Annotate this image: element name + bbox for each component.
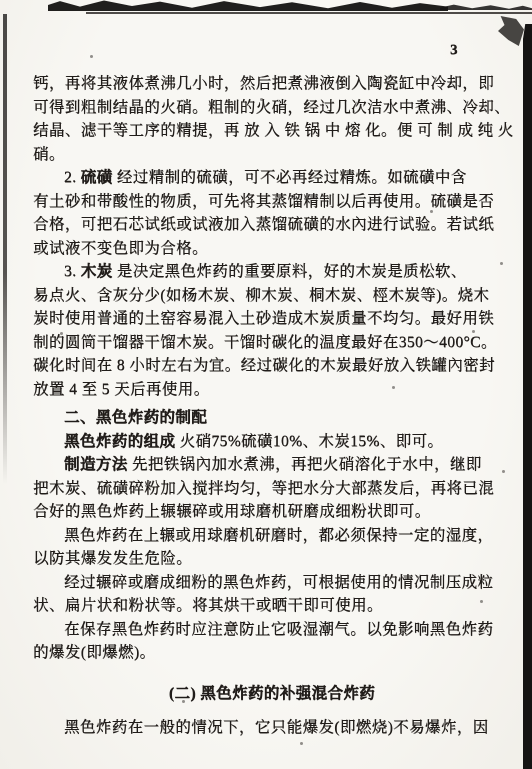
- text-line: 硝。: [33, 143, 511, 167]
- text-line: 黑色炸药在一般的情况下，它只能爆发(即燃烧)不易爆炸，因: [33, 716, 511, 740]
- text-segment: 黑色炸药在一般的情况下，它只能爆发(即燃烧)不易爆炸，因: [64, 719, 489, 736]
- text-segment: 二、黑色炸药的制配: [64, 409, 207, 426]
- text-line: 把木炭、硫磺碎粉加入搅拌均匀，等把水分大部蒸发后，再将已混: [33, 477, 511, 501]
- scan-speckle: [300, 742, 303, 745]
- text-segment: 合格，可把石芯试纸或试液加入蒸馏硫磺的水內进行试验。若试纸: [33, 216, 494, 233]
- text-line: 炭时使用普通的土窑容易混入土砂造成木炭质量不均匀。最好用铁: [33, 307, 511, 331]
- text-segment: 火硝75%硫磺10%、木炭15%、即可。: [175, 433, 443, 450]
- text-segment: 硝。: [33, 146, 65, 163]
- text-segment: 把木炭、硫磺碎粉加入搅拌均匀，等把水分大部蒸发后，再将已混: [33, 480, 494, 497]
- text-segment: 黑色炸药在上辗或用球磨机研磨时，都必须保持一定的湿度，: [64, 527, 493, 544]
- text-segment: 合好的黑色炸药上辗辗碎或用球磨机研磨成细粉状即可。: [33, 503, 431, 520]
- text-segment: 可得到粗制结晶的火硝。粗制的火硝，经过几次洁水中煮沸、冷却、: [33, 99, 510, 116]
- text-segment: 黑色炸药的组成: [64, 433, 175, 450]
- text-line: 合格，可把石芯试纸或试液加入蒸馏硫磺的水內进行试验。若试纸: [33, 213, 511, 237]
- text-line: 易点火、含灰分少(如杨木炭、柳木炭、桐木炭、桱木炭等)。烧木: [33, 284, 511, 308]
- text-segment: 硫磺: [81, 169, 113, 186]
- text-segment: 制造方法: [64, 456, 128, 473]
- text-segment: (二) 黑色炸药的补强混合炸药: [169, 685, 375, 702]
- text-line: 3. 木炭 是决定黑色炸药的重要原料，好的木炭是质松软、: [33, 260, 511, 284]
- text-segment: 炭时使用普通的土窑容易混入土砂造成木炭质量不均匀。最好用铁: [33, 310, 494, 327]
- heading-line: 二、黑色炸药的制配: [33, 406, 511, 430]
- text-segment: 有土砂和带酸性的物质，可先将其蒸馏精制以后再使用。硫磺是否: [33, 193, 494, 210]
- text-line: 可得到粗制结晶的火硝。粗制的火硝，经过几次洁水中煮沸、冷却、: [33, 96, 511, 120]
- text-segment: 或试液不变色即为合格。: [33, 240, 208, 257]
- center-heading-line: (二) 黑色炸药的补强混合炸药: [33, 682, 511, 706]
- text-line: 2. 硫磺 经过精制的硫磺，可不必再经过精炼。如硫磺中含: [33, 166, 511, 190]
- text-segment: 制的圆筒干馏器干馏木炭。干馏时碳化的温度最好在350～400°C。: [33, 334, 497, 351]
- text-segment: 钙，再将其液体煮沸几小时，然后把煮沸液倒入陶瓷缸中冷却，即: [33, 75, 494, 92]
- text-block: 钙，再将其液体煮沸几小时，然后把煮沸液倒入陶瓷缸中冷却，即可得到粗制结晶的火硝。…: [0, 0, 532, 740]
- text-segment: 先把铁锅內加水煮沸，再把火硝溶化于水中，继即: [128, 456, 482, 473]
- text-line: 碳化时间在 8 小时左右为宜。经过碳化的木炭最好放入铁罐內密封: [33, 354, 511, 378]
- scanned-page: 3 钙，再将其液体煮沸几小时，然后把煮沸液倒入陶瓷缸中冷却，即可得到粗制结晶的火…: [0, 0, 532, 769]
- text-line: 的爆发(即爆燃)。: [33, 641, 511, 665]
- text-segment: 木炭: [81, 263, 113, 280]
- text-segment: 碳化时间在 8 小时左右为宜。经过碳化的木炭最好放入铁罐內密封: [33, 357, 495, 374]
- text-line: 有土砂和带酸性的物质，可先将其蒸馏精制以后再使用。硫磺是否: [33, 190, 511, 214]
- text-line: 在保存黑色炸药时应注意防止它吸湿潮气。以免影响黑色炸药: [33, 618, 511, 642]
- text-line: 黑色炸药的组成 火硝75%硫磺10%、木炭15%、即可。: [33, 430, 511, 454]
- text-segment: 是决定黑色炸药的重要原料，好的木炭是质松软、: [113, 263, 467, 280]
- text-segment: 易点火、含灰分少(如杨木炭、柳木炭、桐木炭、桱木炭等)。烧木: [33, 287, 489, 304]
- text-line: 或试液不变色即为合格。: [33, 237, 511, 261]
- text-line: 合好的黑色炸药上辗辗碎或用球磨机研磨成细粉状即可。: [33, 500, 511, 524]
- text-segment: 2.: [64, 169, 81, 186]
- text-line: 制造方法 先把铁锅內加水煮沸，再把火硝溶化于水中，继即: [33, 453, 511, 477]
- text-segment: 经过辗碎或磨成细粉的黑色炸药，可根据使用的情况制压成粒: [64, 574, 493, 591]
- text-line: 放置 4 至 5 天后再使用。: [33, 378, 511, 402]
- text-line: 结晶、滤干等工序的精提，再 放 入 铁 锅 中 熔 化。便 可 制 成 纯 火: [33, 119, 511, 143]
- text-segment: 状、扁片状和粉状等。将其烘干或晒干即可使用。: [33, 597, 383, 614]
- text-line: 钙，再将其液体煮沸几小时，然后把煮沸液倒入陶瓷缸中冷却，即: [33, 72, 511, 96]
- text-line: 黑色炸药在上辗或用球磨机研磨时，都必须保持一定的湿度，: [33, 524, 511, 548]
- text-line: 制的圆筒干馏器干馏木炭。干馏时碳化的温度最好在350～400°C。: [33, 331, 511, 355]
- text-line: 经过辗碎或磨成细粉的黑色炸药，可根据使用的情况制压成粒: [33, 571, 511, 595]
- text-segment: 结晶、滤干等工序的精提，再 放 入 铁 锅 中 熔 化。便 可 制 成 纯 火: [33, 122, 514, 139]
- text-segment: 3.: [64, 263, 81, 280]
- text-segment: 经过精制的硫磺，可不必再经过精炼。如硫磺中含: [113, 169, 467, 186]
- text-segment: 的爆发(即爆燃)。: [33, 644, 155, 661]
- text-segment: 以防其爆发发生危险。: [33, 550, 192, 567]
- text-line: 以防其爆发发生危险。: [33, 547, 511, 571]
- text-segment: 放置 4 至 5 天后再使用。: [33, 381, 210, 398]
- text-line: 状、扁片状和粉状等。将其烘干或晒干即可使用。: [33, 594, 511, 618]
- text-segment: 在保存黑色炸药时应注意防止它吸湿潮气。以免影响黑色炸药: [64, 621, 493, 638]
